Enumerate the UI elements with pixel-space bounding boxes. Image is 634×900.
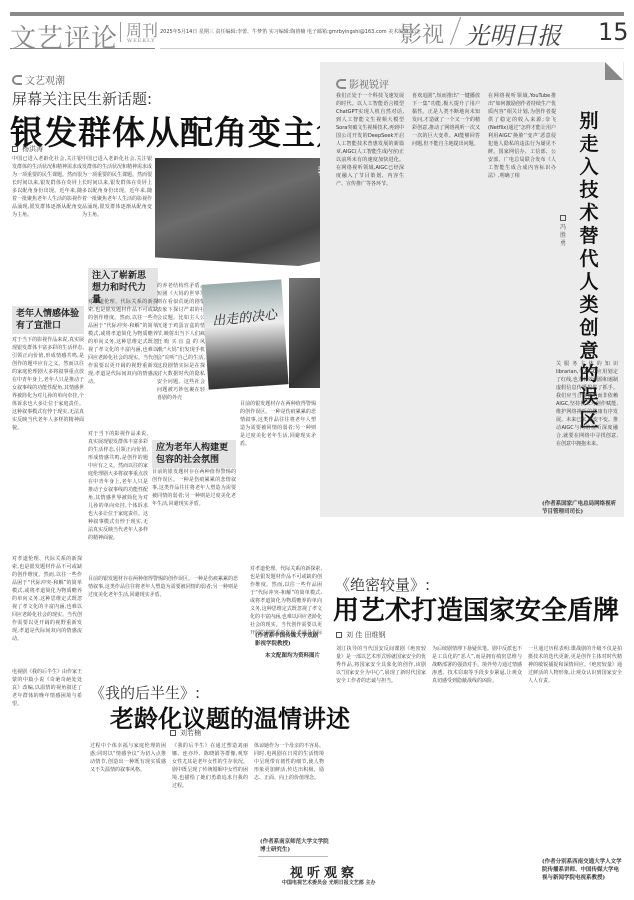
article1-kicker: 屏幕关注民生新话题: xyxy=(12,88,152,109)
article1-body-7: 目前的银发题材存在两种值得警惕的创作误区。一种是伤痕累累的悲情叙事,这类作品往往… xyxy=(88,575,238,645)
column-label-text: 影视锐评 xyxy=(349,80,389,91)
article1-body-3: 的养老结构性矛盾。短剧《大妈的世界》则在看似荒诞的剧情表象下探讨严肃的社会议题。… xyxy=(157,282,205,422)
author-name: 刘若楠 xyxy=(180,729,201,737)
byline-box-icon xyxy=(12,146,18,152)
column-label-text: 文艺观潮 xyxy=(25,76,65,87)
column-label-wenyi: 文艺观潮 xyxy=(12,72,65,87)
article4-body-1: 过程中个体幸福与家庭伦理的困惑;同时以“情感争议”为切入点推动情节,创造出一种既… xyxy=(90,742,166,897)
column-bracket-icon xyxy=(336,79,346,89)
article1-intro-col2: 中国已进入老龄化社会,关注银发群体的生活状况和精神需求成为一项重要的民生课题。然… xyxy=(82,155,152,265)
byline-box-icon xyxy=(170,730,176,736)
masthead-underline xyxy=(10,48,155,49)
article3-body-2: 为后续剧情埋下悬疑伏笔。剧中反派也不是工具化的“恶人”,而是拥有缜密思维与战略部… xyxy=(432,645,522,895)
article4-body-2: 《我的后半生》在通过塑造刘丽娜、连亦玲、陈晓娟等群像,观察女性尤其是老年女性的生… xyxy=(172,742,248,897)
article1-intro: 中国已进入老龄化社会,关注银发群体的生活状况和精神需求成为一项重要的民生课题。然… xyxy=(12,155,82,285)
author-name: 杨洪涛 xyxy=(22,145,43,153)
article1-body-1-cont: 对于当下的影视作品来说,真实展现银发群体丰富多彩的生活样态,引领正向价值,形成情… xyxy=(88,430,148,570)
article2-body-2: 喜欢追剧”,短而推出“一键播放下一集”功能,极大提升了用户黏性。正是人类不断地向… xyxy=(412,92,480,482)
author-name: 冯胜勇 xyxy=(560,224,566,247)
article1-subhead-1: 老年人情感体验有了宣泄口 xyxy=(12,306,84,334)
article3-headline: 用艺术打造国家安全盾牌 xyxy=(333,590,619,627)
masthead-underline-right xyxy=(160,48,624,49)
article4-body-3: 体谅她作为一个母亲的不容易。同时,电视剧在日常的生活情境中呈现带有韧性的细节,使… xyxy=(254,742,324,832)
newspaper-logo: 光明日报 xyxy=(465,16,561,51)
column-logo-sub: 中国电视艺术委员会 光明日报文艺部 主办 xyxy=(282,880,375,887)
article2-author-note: (作者系国家广电总局网络视听节目管理司司长) xyxy=(542,500,620,516)
article1-body-4-cont: 目前的银发题材存在两种值得警惕的创作误区。一种是伤痕累累的悲情叙事,这类作品往往… xyxy=(240,400,316,570)
page-number: 15 xyxy=(598,18,629,46)
article3-author-note: (作者分别系西南交通大学人文学院传播系讲师、中国传媒大学电视与新闻学院电视系教授… xyxy=(542,858,622,882)
article3-byline: 刘 佳 田维钢 xyxy=(336,630,385,640)
article3-body-1: 刘江执导的当代国安反间谍剧《绝密较量》是一部以艺术形式铸就国家安全的优秀作品,将… xyxy=(336,645,426,895)
masthead-info-line: 2025年5月14日 星期三 责任编辑:李蕾、牛梦笛 实习编辑:陶禧楠 电子邮箱… xyxy=(160,28,420,35)
article1-body-6: 对孝道伦理、代际关系的新探索,也是银发题材作品不可或缺的创作维度。然而,以往一些… xyxy=(12,555,82,645)
byline-box-icon xyxy=(560,215,566,221)
article4-author-note: (作者系南京师范大学文学院博士研究生) xyxy=(260,838,330,854)
section-title: 文艺评论 xyxy=(10,18,118,55)
column-bracket-icon xyxy=(12,75,22,85)
article1-byline: 杨洪涛 xyxy=(12,144,43,154)
byline-box-icon xyxy=(336,632,342,638)
article1-author-note: (作者系中国传媒大学戏剧影视学院教授) xyxy=(255,632,323,648)
article4-headline: 老龄化议题的温情讲述 xyxy=(110,699,350,734)
article2-byline: 冯胜勇 xyxy=(560,215,570,248)
article1-body-5: 对孝道伦理、代际关系的新探索,也是银发题材作品不可或缺的创作维度。然而,以往一些… xyxy=(250,565,322,635)
article2-body-1: 我们正处于一个科技飞速发展的时代。以人工智能语言模型ChatGPT实现人机自然对… xyxy=(336,92,404,482)
weekly-label-en: WEEKLY xyxy=(127,38,155,44)
column-label-yingshi: 影视锐评 xyxy=(336,76,389,91)
article1-body-4: 目前的银发题材存在两种值得警惕的创作误区。一种是伤痕累累的悲情叙事,这类作品往往… xyxy=(152,468,236,568)
article1-headline: 银发群体从配角变主角 xyxy=(10,107,350,154)
page-section-name: 影视 xyxy=(400,18,444,49)
article4-byline: 刘若楠 xyxy=(170,728,201,738)
masthead-divider xyxy=(120,22,121,42)
article2-body-3: 关服务主体的知识librarian,与AIGC应用划定了红线,也为有效溯源和遏制… xyxy=(556,360,618,498)
logo-rule xyxy=(258,856,328,857)
article1-body-2: 对孝道伦理、代际关系的新探索,也是银发题材作品不可或缺的创作维度。然而,以往一些… xyxy=(88,298,158,428)
article3-body-3: 一旦通过历程表明:谍战剧的升级不仅是拍摄技术的迭代更新,更是创作主体对时代精神的… xyxy=(528,645,622,825)
box-corner-fold xyxy=(605,62,623,80)
article2-body-4: 在网络视听领域,YouTube推出“如何激励创作者持续生产优质内容”相关计划,为… xyxy=(488,92,556,482)
photo-poster xyxy=(201,279,288,389)
article1-body-1: 对于当下的影视作品来说,真实展现银发群体丰富多彩的生活样态,引领正向价值,形成情… xyxy=(12,336,84,546)
brand-slash xyxy=(450,17,461,46)
image-note: 本文配图均为资料图片 xyxy=(265,652,335,660)
article1-subhead-3: 应为老年人构建更包容的社会氛围 xyxy=(152,440,236,468)
column-logo-title: 视听观察 xyxy=(290,862,358,881)
author-name: 刘 佳 田维钢 xyxy=(346,631,385,639)
article4-intro: 电视剧《我的后半生》由作家王蒙的中篇小说《奇葩奇葩处处哀》改编,以温情的视角叙述… xyxy=(12,668,82,898)
